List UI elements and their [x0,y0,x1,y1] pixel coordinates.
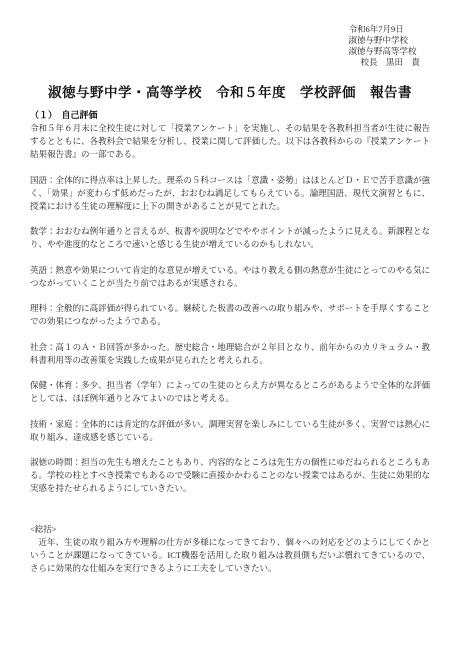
header-school-junior: 淑徳与野中学校 [348,35,420,46]
intro-paragraph: 令和５年６月末に全校生徒に対して「授業アンケート」を実施し、その結果を各教科担当… [30,122,430,161]
subject-report-paragraph: 理科：全般的に高評価が得られている。継続した板書の改善への取り組みや、サポートを… [30,302,430,328]
subject-report-paragraph: 社会：高１のＡ・Ｂ回答が多かった。歴史総合・地理総合が２年目となり、前年からのカ… [30,341,430,367]
subject-report-paragraph: 保健・体育：多少、担当者（学年）によっての生徒のとらえ方が異なるところがあるよう… [30,379,430,405]
page-title: 淑徳与野中学・高等学校 令和５年度 学校評価 報告書 [30,85,430,100]
section-heading-self-evaluation: （１） 自己評価 [30,109,430,121]
subject-reports: 国語：全体的に得点率は上昇した。理系の５科コースは「意識・姿勢」はほとんどＤ・Ｅ… [30,174,430,496]
summary-paragraph: 近年、生徒の取り組み方や理解の仕方が多様になってきており、個々への対応をどのよう… [30,536,430,575]
header-date: 令和6年7月9日 [348,24,420,35]
header-principal: 校長 黒田 貴 [348,57,420,68]
subject-report-paragraph: 淑徳の時間：担当の先生も増えたこともあり、内容的なところは先生方の個性にゆだねら… [30,456,430,495]
subject-report-paragraph: 技術・家庭：全体的には肯定的な評価が多い。調理実習を楽しみにしている生徒が多く、… [30,418,430,444]
document-header: 令和6年7月9日 淑徳与野中学校 淑徳与野高等学校 校長 黒田 貴 [348,24,420,68]
summary-section: <総括> 近年、生徒の取り組み方や理解の仕方が多様になってきており、個々への対応… [30,523,430,575]
subject-report-paragraph: 国語：全体的に得点率は上昇した。理系の５科コースは「意識・姿勢」はほとんどＤ・Ｅ… [30,174,430,213]
document-page: 令和6年7月9日 淑徳与野中学校 淑徳与野高等学校 校長 黒田 貴 淑徳与野中学… [0,0,460,651]
subject-report-paragraph: 数学：おおむね例年通りと言えるが、板書や説明などでややポイントが減ったように見え… [30,225,430,251]
document-body: 令和５年６月末に全校生徒に対して「授業アンケート」を実施し、その結果を各教科担当… [30,122,430,575]
header-school-senior: 淑徳与野高等学校 [348,46,420,57]
subject-report-paragraph: 英語：熱意や効果について肯定的な意見が増えている。やはり教える側の熱意が生徒にと… [30,264,430,290]
summary-heading: <総括> [30,523,430,536]
